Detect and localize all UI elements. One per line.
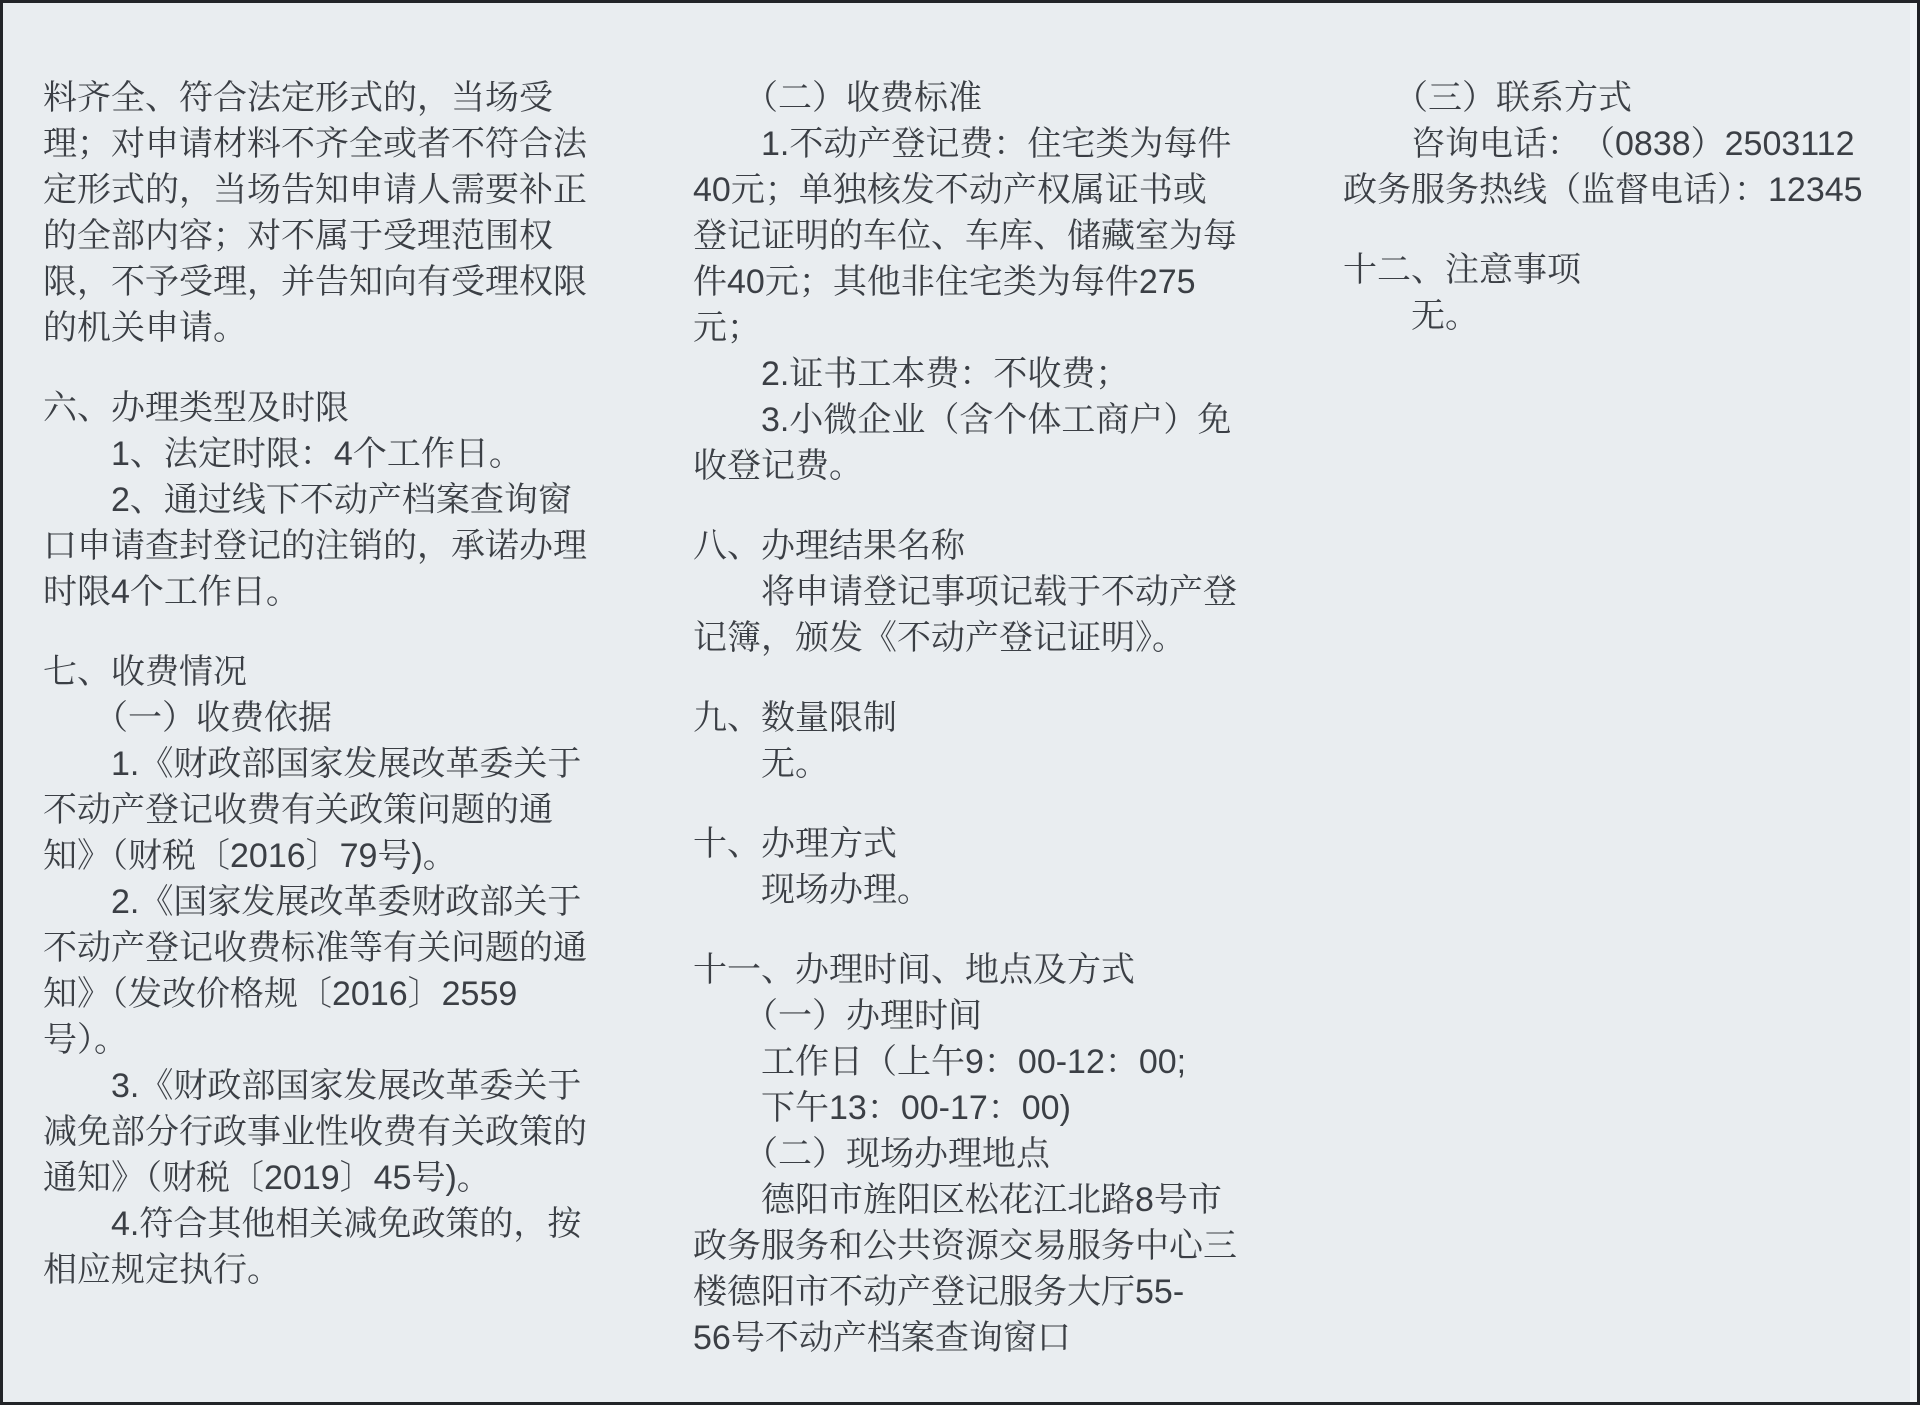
document-page: 料齐全、符合法定形式的，当场受理；对申请材料不齐全或者不符合法定形式的，当场告知…: [0, 0, 1920, 1405]
text-line: 3.小微企业（含个体工商户）免: [693, 397, 1268, 443]
text-line: 40元；单独核发不动产权属证书或: [693, 167, 1268, 213]
text-line: 十、办理方式: [693, 821, 1268, 867]
text-line: （一）办理时间: [693, 993, 1268, 1039]
text-line: 七、收费情况: [43, 649, 618, 695]
text-line: 的全部内容；对不属于受理范围权: [43, 213, 618, 259]
page-edge-strip: [1910, 3, 1917, 1402]
document-columns: 料齐全、符合法定形式的，当场受理；对申请材料不齐全或者不符合法定形式的，当场告知…: [3, 75, 1918, 1361]
text-line: 无。: [693, 741, 1268, 787]
text-line: 限，不予受理，并告知向有受理权限: [43, 259, 618, 305]
text-line: 相应规定执行。: [43, 1247, 618, 1293]
text-line: （二）收费标准: [693, 75, 1268, 121]
text-line: （三）联系方式: [1343, 75, 1918, 121]
text-line: 德阳市旌阳区松花江北路8号市: [693, 1177, 1268, 1223]
blank-line: [43, 615, 618, 649]
text-line: 登记证明的车位、车库、储藏室为每: [693, 213, 1268, 259]
text-line: 2、通过线下不动产档案查询窗: [43, 477, 618, 523]
text-column-1: 料齐全、符合法定形式的，当场受理；对申请材料不齐全或者不符合法定形式的，当场告知…: [43, 75, 618, 1361]
blank-line: [1343, 213, 1918, 247]
text-line: 减免部分行政事业性收费有关政策的: [43, 1109, 618, 1155]
text-line: 现场办理。: [693, 867, 1268, 913]
blank-line: [693, 489, 1268, 523]
text-line: 56号不动产档案查询窗口: [693, 1315, 1268, 1361]
text-line: 知》（发改价格规〔2016〕2559: [43, 971, 618, 1017]
text-line: 九、数量限制: [693, 695, 1268, 741]
text-line: 1.不动产登记费：住宅类为每件: [693, 121, 1268, 167]
text-line: 工作日（上午9：00-12：00;: [693, 1039, 1268, 1085]
blank-line: [693, 787, 1268, 821]
text-line: （一）收费依据: [43, 695, 618, 741]
text-line: 下午13：00-17：00): [693, 1085, 1268, 1131]
text-line: 收登记费。: [693, 443, 1268, 489]
text-column-2: （二）收费标准 1.不动产登记费：住宅类为每件40元；单独核发不动产权属证书或登…: [693, 75, 1268, 1361]
blank-line: [43, 351, 618, 385]
text-line: 元；: [693, 305, 1268, 351]
text-line: 的机关申请。: [43, 305, 618, 351]
text-line: 3.《财政部国家发展改革委关于: [43, 1063, 618, 1109]
text-line: 4.符合其他相关减免政策的，按: [43, 1201, 618, 1247]
text-line: 2.《国家发展改革委财政部关于: [43, 879, 618, 925]
text-line: 八、办理结果名称: [693, 523, 1268, 569]
text-line: 不动产登记收费标准等有关问题的通: [43, 925, 618, 971]
text-line: 口申请查封登记的注销的，承诺办理: [43, 523, 618, 569]
blank-line: [693, 913, 1268, 947]
text-line: 通知》（财税〔2019〕45号)。: [43, 1155, 618, 1201]
text-line: 料齐全、符合法定形式的，当场受: [43, 75, 618, 121]
text-line: 楼德阳市不动产登记服务大厅55-: [693, 1269, 1268, 1315]
text-line: 无。: [1343, 293, 1918, 339]
text-line: 十二、注意事项: [1343, 247, 1918, 293]
text-line: 记簿，颁发《不动产登记证明》。: [693, 615, 1268, 661]
text-line: （二）现场办理地点: [693, 1131, 1268, 1177]
text-line: 理；对申请材料不齐全或者不符合法: [43, 121, 618, 167]
text-line: 十一、办理时间、地点及方式: [693, 947, 1268, 993]
blank-line: [693, 661, 1268, 695]
text-line: 政务服务和公共资源交易服务中心三: [693, 1223, 1268, 1269]
text-line: 咨询电话： （0838）2503112: [1343, 121, 1918, 167]
text-line: 件40元；其他非住宅类为每件275: [693, 259, 1268, 305]
text-line: 将申请登记事项记载于不动产登: [693, 569, 1268, 615]
text-line: 1.《财政部国家发展改革委关于: [43, 741, 618, 787]
text-line: 知》（财税〔2016〕79号)。: [43, 833, 618, 879]
text-line: 六、办理类型及时限: [43, 385, 618, 431]
text-line: 2.证书工本费：不收费；: [693, 351, 1268, 397]
text-column-3: （三）联系方式 咨询电话： （0838）2503112政务服务热线（监督电话）：…: [1343, 75, 1918, 1361]
text-line: 定形式的，当场告知申请人需要补正: [43, 167, 618, 213]
text-line: 政务服务热线（监督电话）：12345: [1343, 167, 1918, 213]
text-line: 不动产登记收费有关政策问题的通: [43, 787, 618, 833]
text-line: 时限4个工作日。: [43, 569, 618, 615]
text-line: 1、法定时限：4个工作日。: [43, 431, 618, 477]
text-line: 号）。: [43, 1017, 618, 1063]
